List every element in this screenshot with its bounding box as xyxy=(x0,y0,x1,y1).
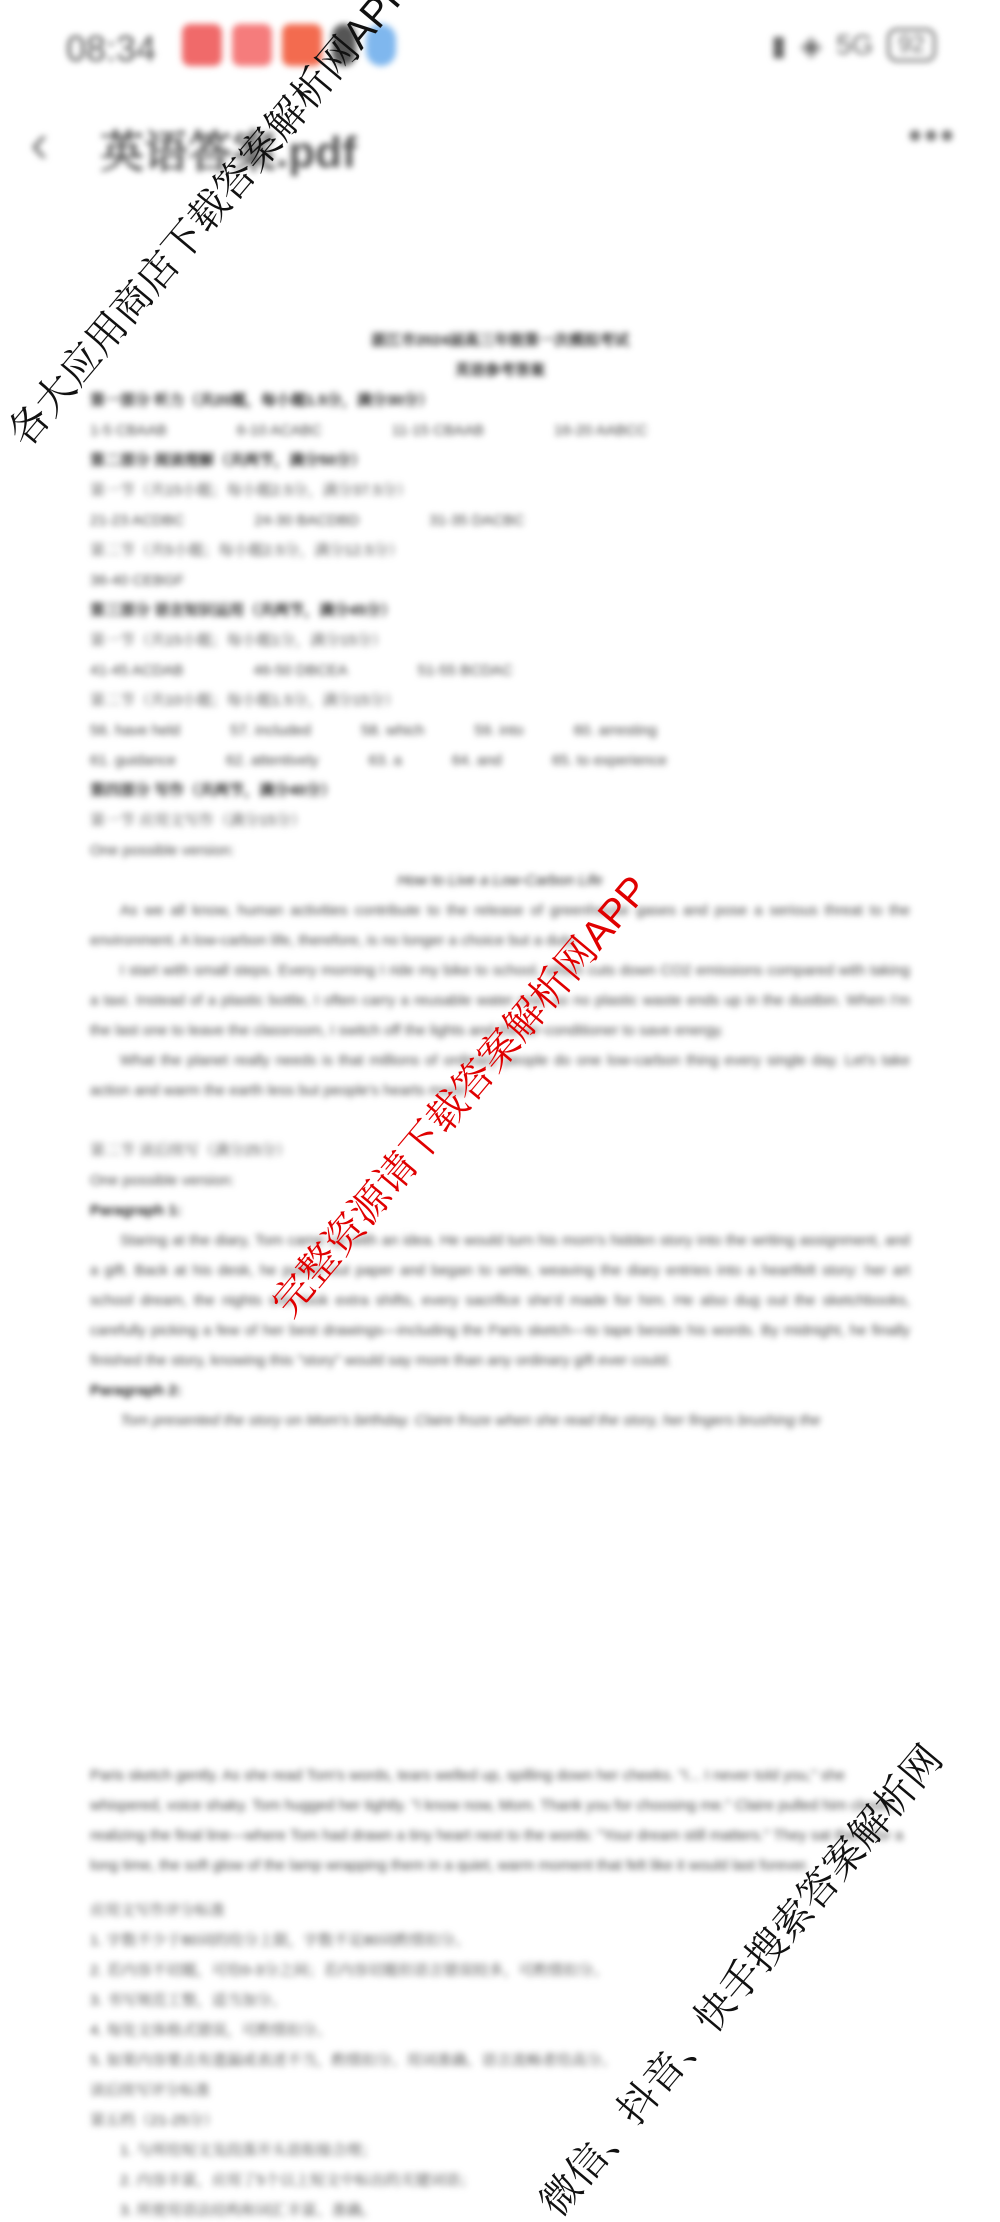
answer-row: 21-23 ACDBC 24-30 BACDBD 31-35 DACBC xyxy=(90,506,910,536)
answer: 31-35 DACBC xyxy=(429,506,524,536)
section-heading: 第三部分 语言知识运用（共两节，满分45分） xyxy=(90,596,910,626)
possible-version: One possible version: xyxy=(90,836,910,866)
answer-row: 41-45 ACDAB 46-50 DBCEA 51-55 BCDAC xyxy=(90,656,910,686)
answer: 63. a xyxy=(368,746,401,776)
app-header: ‹ 英语答案.pdf ••• xyxy=(0,110,1000,180)
essay-paragraph: Tom presented the story on Mom's birthda… xyxy=(90,1406,910,1436)
subsection: 第一节（共15小题；每小题2.5分，满分37.5分） xyxy=(90,476,910,506)
answer: 61. guidance xyxy=(90,746,176,776)
answer: 64. and xyxy=(452,746,502,776)
doc-subtitle: 英语参考答案 xyxy=(90,356,910,386)
answer: 51-55 BCDAC xyxy=(418,656,513,686)
answer: 59. into xyxy=(474,716,523,746)
answer: 16-20 AABCC xyxy=(554,416,647,446)
document-page-2: Paris sketch gently. As she read Tom's w… xyxy=(90,1746,910,2222)
section-heading: 第四部分 写作（共两节，满分40分） xyxy=(90,776,910,806)
answer: 21-23 ACDBC xyxy=(90,506,184,536)
answer: 41-45 ACDAB xyxy=(90,656,183,686)
document-page: 湛江市2024届高三年级第一次模拟考试 英语参考答案 第一部分 听力（共20题，… xyxy=(90,326,910,1436)
section-heading: 第二部分 阅读理解（共两节，满分50分） xyxy=(90,446,910,476)
signal-icon: 5G xyxy=(836,29,873,61)
answer: 46-50 DBCEA xyxy=(253,656,347,686)
answer-row: 1-5 CBAAB 6-10 ACABC 11-15 CBAAB 16-20 A… xyxy=(90,416,910,446)
app-icon xyxy=(182,24,222,66)
system-icons: ▮ ◈ 5G 92 xyxy=(771,28,936,62)
word-row: 56. have held 57. included 58. which 59.… xyxy=(90,716,910,746)
answer: 57. included xyxy=(230,716,311,746)
subsection: 第一节 应用文写作（满分15分） xyxy=(90,806,910,836)
answer: 11-15 CBAAB xyxy=(392,416,484,446)
scoring-item: 第五档（21-25分） xyxy=(90,2106,910,2136)
essay-paragraph: Paris sketch gently. As she read Tom's w… xyxy=(90,1761,910,1881)
subsection: 第二节（共5小题；每小题2.5分，满分12.5分） xyxy=(90,536,910,566)
paragraph-label: Paragraph 1: xyxy=(90,1196,910,1226)
answer: 58. which xyxy=(361,716,424,746)
answer: 60. arresting xyxy=(574,716,657,746)
essay-paragraph: Staring at the diary, Tom came up with a… xyxy=(90,1226,910,1376)
answer: 1-5 CBAAB xyxy=(90,416,167,446)
scoring-item: 3. 书写规范工整，适当加分。 xyxy=(90,1986,910,2016)
vibrate-icon: ▮ xyxy=(771,29,786,62)
wifi-icon: ◈ xyxy=(800,29,822,62)
subsection: 第一节（共15小题；每小题1分，满分15分） xyxy=(90,626,910,656)
subsection: 第二节（共10小题；每小题1.5分，满分15分） xyxy=(90,686,910,716)
battery-icon: 92 xyxy=(887,28,936,62)
section-heading: 第一部分 听力（共20题，每小题1.5分，满分30分） xyxy=(90,386,910,416)
essay-title: How to Live a Low-Carbon Life xyxy=(90,866,910,896)
scoring-item: 3. 所使用语法结构和词汇丰富、准确。 xyxy=(90,2196,910,2222)
essay-paragraph: As we all know, human activities contrib… xyxy=(90,896,910,956)
back-button[interactable]: ‹ xyxy=(30,110,49,175)
answer: 24-30 BACDBD xyxy=(254,506,359,536)
answer: 65. to experience xyxy=(552,746,667,776)
answer: 56. have held xyxy=(90,716,180,746)
section-heading: 读后续写评分标准 xyxy=(90,2076,910,2106)
word-row: 61. guidance 62. attentively 63. a 64. a… xyxy=(90,746,910,776)
paragraph-label: Paragraph 2: xyxy=(90,1376,910,1406)
scoring-item: 4. 每处文体格式错误，可酌情扣分。 xyxy=(90,2016,910,2046)
scoring-item: 2. 内容丰富，应用了5个以上短文中标出的关键词语； xyxy=(90,2166,910,2196)
answer: 62. attentively xyxy=(226,746,319,776)
status-time: 08:34 xyxy=(66,28,156,70)
more-options-button[interactable]: ••• xyxy=(908,114,956,159)
status-bar: 08:34 ▮ ◈ 5G 92 xyxy=(0,0,1000,100)
scoring-item: 1. 与所给短文及段落开头语衔接合理； xyxy=(90,2136,910,2166)
possible-version: One possible version: xyxy=(90,1166,910,1196)
subsection: 第二节 读后续写（满分25分） xyxy=(90,1136,910,1166)
video-app-icon xyxy=(232,24,272,66)
answer: 6-10 ACABC xyxy=(237,416,322,446)
answer-row: 36-40 CEBGF xyxy=(90,566,910,596)
doc-title: 湛江市2024届高三年级第一次模拟考试 xyxy=(90,326,910,356)
scoring-item: 5. 如果内容要点有遗漏或表述不当，酌情扣分。用词准确、语言流畅者给高分。 xyxy=(90,2046,910,2076)
